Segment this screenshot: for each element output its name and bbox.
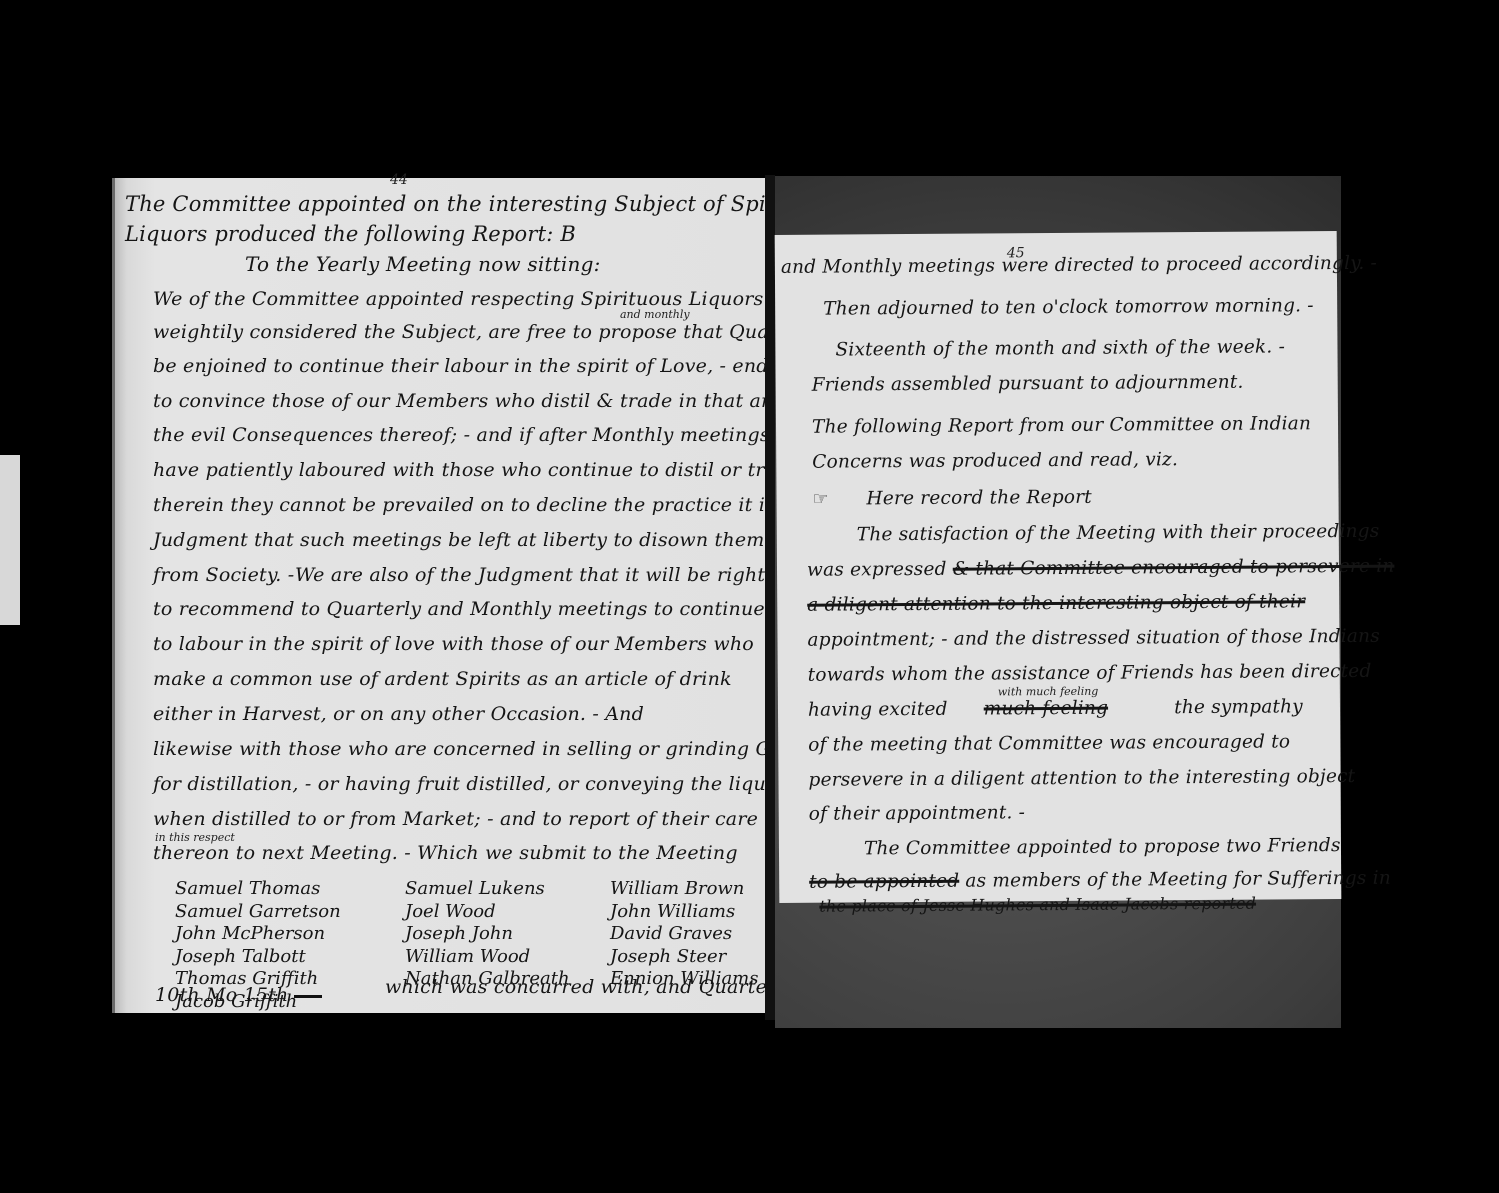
- manuscript-line: The satisfaction of the Meeting with the…: [857, 521, 1380, 546]
- signature: William Brown: [610, 878, 758, 901]
- signature: Samuel Garretson: [175, 901, 341, 924]
- report-heading: To the Yearly Meeting now sitting:: [245, 252, 601, 276]
- signature: David Graves: [610, 923, 758, 946]
- manuscript-line: to be appointed as members of the Meetin…: [809, 868, 1391, 893]
- manuscript-line: from Society. -: [153, 564, 294, 586]
- manuscript-line: was expressed & that Committee encourage…: [807, 556, 1395, 581]
- struck-text: much feeling: [984, 698, 1109, 720]
- manuscript-line: to convince those of our Members who dis…: [153, 390, 838, 412]
- struck-text: a diligent attention to the interesting …: [807, 591, 1305, 615]
- pointing-hand-icon: ☞: [812, 489, 828, 510]
- manuscript-line: of their appointment. -: [809, 802, 1026, 825]
- manuscript-line: having excited much feeling the sympathy: [808, 696, 1303, 720]
- manuscript-line: Judgment that such meetings be left at l…: [153, 529, 764, 551]
- manuscript-line: towards whom the assistance of Friends h…: [808, 661, 1372, 686]
- date-entry: 10th Mo 15th: [155, 984, 322, 1006]
- signature: John McPherson: [175, 923, 341, 946]
- manuscript-line: of the meeting that Committee was encour…: [808, 731, 1290, 755]
- manuscript-line: thereon to next Meeting. - Which we subm…: [153, 842, 738, 864]
- struck-text: & that Committee encouraged to persevere…: [953, 556, 1395, 580]
- signature: Samuel Thomas: [175, 878, 341, 901]
- signature: Joel Wood: [405, 901, 570, 924]
- manuscript-line: be enjoined to continue their labour in …: [153, 355, 867, 377]
- signature: Joseph John: [405, 923, 570, 946]
- right-page: 45 and Monthly meetings were directed to…: [775, 231, 1342, 903]
- signature: William Wood: [405, 946, 570, 969]
- dash-mark: [294, 995, 322, 998]
- manuscript-line: make a common use of ardent Spirits as a…: [153, 668, 732, 690]
- manuscript-line: We are also of the Judgment that it will…: [295, 564, 765, 586]
- manuscript-line: Then adjourned to ten o'clock tomorrow m…: [823, 295, 1314, 319]
- scan-edge-strip: [0, 455, 20, 625]
- manuscript-line: when distilled to or from Market; - and …: [153, 808, 758, 830]
- manuscript-line: to labour in the spirit of love with tho…: [153, 633, 754, 655]
- signature: John Williams: [610, 901, 758, 924]
- manuscript-line: The following Report from our Committee …: [812, 413, 1311, 437]
- interlinear-note: with much feeling: [998, 685, 1099, 699]
- manuscript-line: either in Harvest, or on any other Occas…: [153, 703, 644, 725]
- manuscript-line: The Committee appointed to propose two F…: [864, 835, 1341, 859]
- book-gutter: [765, 175, 775, 1020]
- struck-text: to be appointed: [809, 871, 959, 893]
- interlinear-note: and monthly: [620, 308, 690, 321]
- manuscript-line: for distillation, - or having fruit dist…: [153, 773, 787, 795]
- manuscript-line: Concerns was produced and read, viz.: [812, 449, 1178, 473]
- manuscript-line: Liquors produced the following Report: B: [125, 222, 576, 246]
- manuscript-line: appointment; - and the distressed situat…: [807, 626, 1379, 651]
- manuscript-line: therein they cannot be prevailed on to d…: [153, 494, 815, 516]
- manuscript-line: which was concurred with, and Quarterly: [385, 976, 794, 998]
- signature: Joseph Talbott: [175, 946, 341, 969]
- signatures-column-2: Samuel Lukens Joel Wood Joseph John Will…: [405, 878, 570, 991]
- signatures-column-3: William Brown John Williams David Graves…: [610, 878, 758, 991]
- manuscript-line: to recommend to Quarterly and Monthly me…: [153, 598, 765, 620]
- manuscript-line: Friends assembled pursuant to adjournmen…: [812, 372, 1244, 396]
- page-number-left: 44: [390, 172, 408, 188]
- left-page: 44 The Committee appointed on the intere…: [112, 178, 767, 1013]
- manuscript-line: the evil Consequences thereof; - and if …: [153, 424, 823, 446]
- struck-text: the place of Jesse Hughes and Isaac Jaco…: [819, 894, 1256, 916]
- manuscript-line: have patiently laboured with those who c…: [153, 459, 800, 481]
- manuscript-line: persevere in a diligent attention to the…: [808, 766, 1355, 791]
- manuscript-line: The Committee appointed on the interesti…: [125, 192, 843, 216]
- manuscript-line: and Monthly meetings were directed to pr…: [781, 253, 1377, 278]
- signature: Joseph Steer: [610, 946, 758, 969]
- manuscript-line: Here record the Report: [866, 487, 1091, 510]
- manuscript-line: likewise with those who are concerned in…: [153, 738, 810, 760]
- manuscript-line: Sixteenth of the month and sixth of the …: [835, 336, 1285, 360]
- signature: Samuel Lukens: [405, 878, 570, 901]
